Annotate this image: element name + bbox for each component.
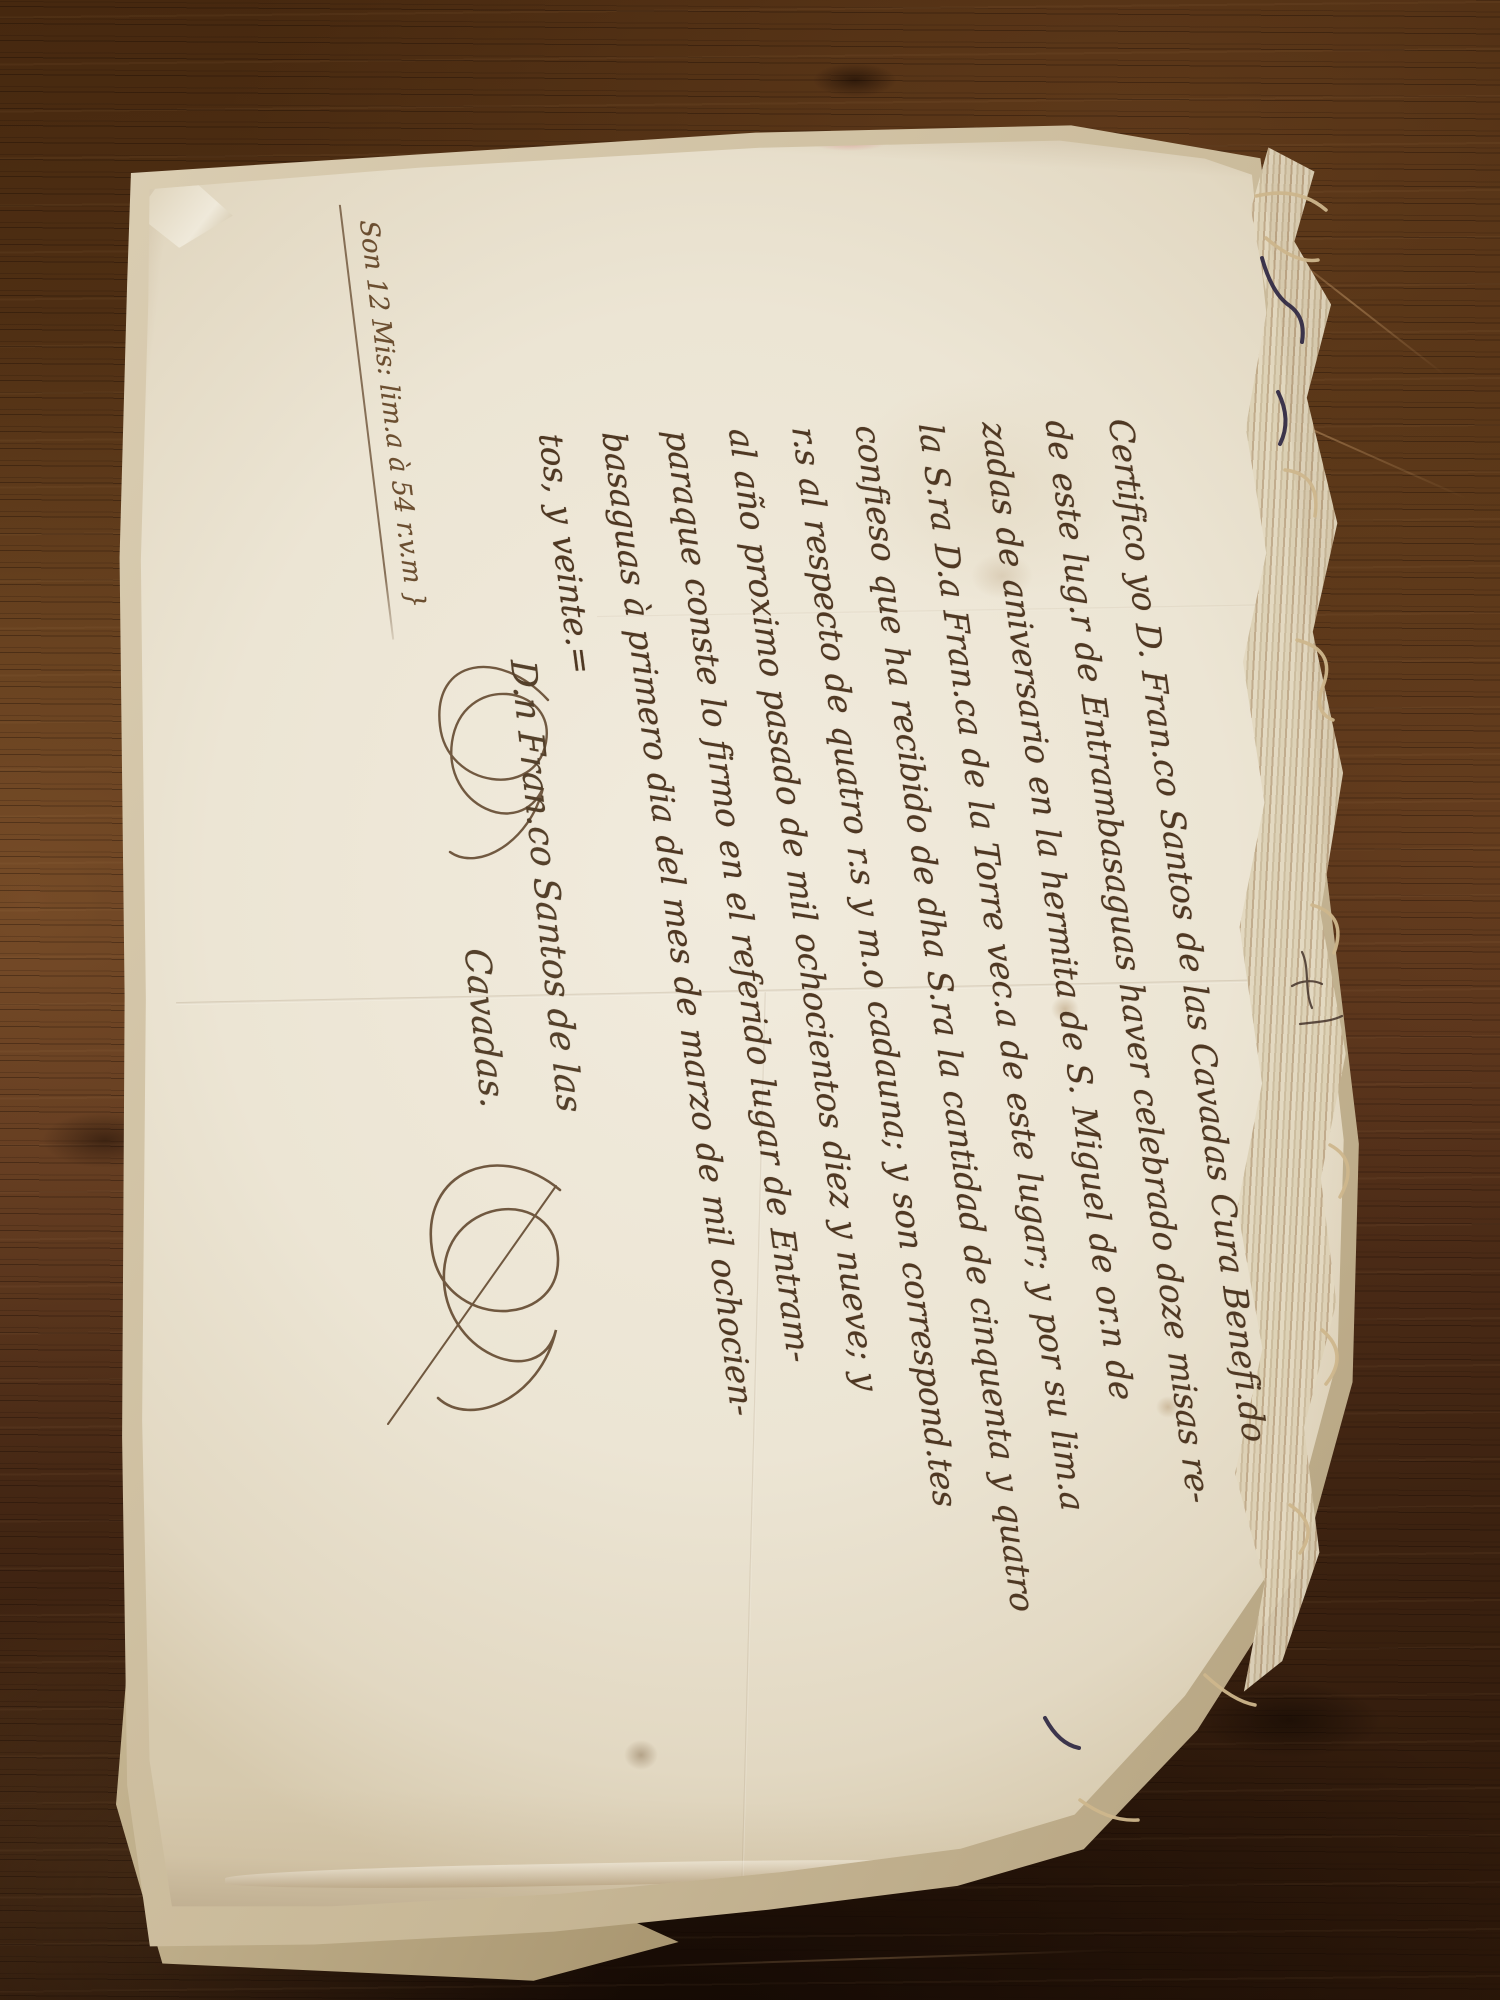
manuscript-photo-scene: Son 12 Mis: lim.a à 54 r.v.m } Certifico…: [0, 0, 1500, 2000]
foxing-spot: [624, 1740, 658, 1770]
